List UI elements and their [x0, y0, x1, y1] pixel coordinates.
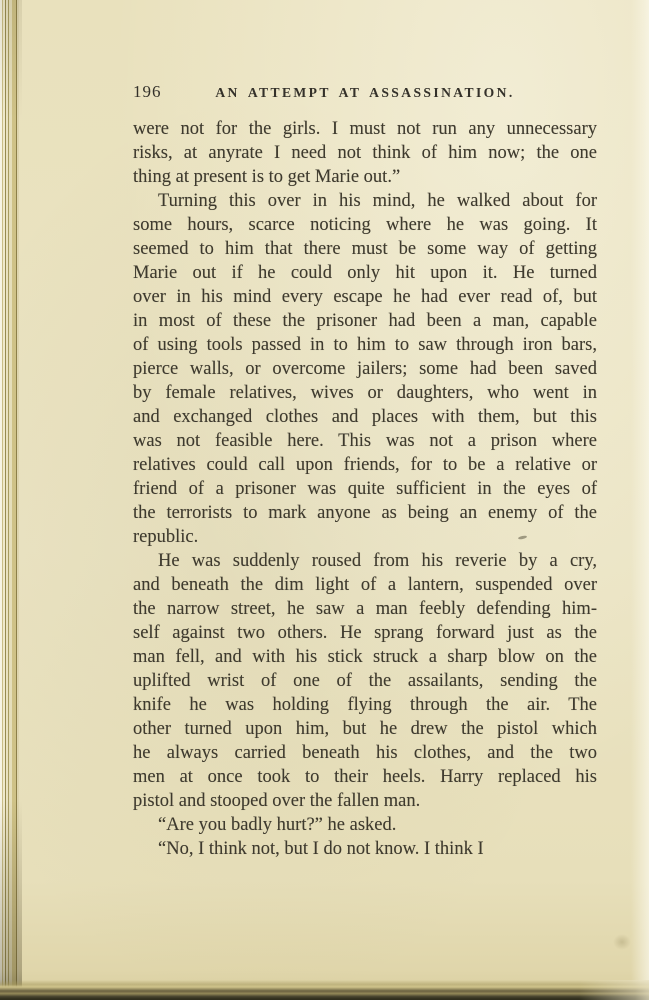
- text-line: “No, I think not, but I do not know. I t…: [133, 837, 597, 861]
- text-line: seemed to him that there must be some wa…: [133, 237, 597, 261]
- running-header: AN ATTEMPT AT ASSASSINATION.: [133, 85, 597, 101]
- text-line: other turned upon him, but he drew the p…: [133, 717, 597, 741]
- scanned-book-page: 196 AN ATTEMPT AT ASSASSINATION. were no…: [0, 0, 649, 1000]
- corner-smudge-stain: [613, 934, 631, 950]
- next-page-right-edge: [631, 0, 649, 1000]
- text-line: pistol and stooped over the fallen man.: [133, 789, 597, 813]
- text-line: and beneath the dim light of a lantern, …: [133, 573, 597, 597]
- text-line: men at once took to their heels. Harry r…: [133, 765, 597, 789]
- text-line: relatives could call upon friends, for t…: [133, 453, 597, 477]
- text-line: “Are you badly hurt?” he asked.: [133, 813, 597, 837]
- text-line: and exchanged clothes and places with th…: [133, 405, 597, 429]
- text-line: the narrow street, he saw a man feebly d…: [133, 597, 597, 621]
- text-line: republic.: [133, 525, 597, 549]
- text-line: of using tools passed in to him to saw t…: [133, 333, 597, 357]
- text-line: was not feasible here. This was not a pr…: [133, 429, 597, 453]
- text-line: some hours, scarce noticing where he was…: [133, 213, 597, 237]
- page-bottom-edge-shadow: [0, 980, 649, 1000]
- text-block: were not for the girls. I must not run a…: [133, 117, 597, 861]
- text-line: man fell, and with his stick struck a sh…: [133, 645, 597, 669]
- text-line: in most of these the prisoner had been a…: [133, 309, 597, 333]
- text-line: knife he was holding flying through the …: [133, 693, 597, 717]
- text-line: thing at present is to get Marie out.”: [133, 165, 597, 189]
- text-line: friend of a prisoner was quite sufficien…: [133, 477, 597, 501]
- text-line: Turning this over in his mind, he walked…: [133, 189, 597, 213]
- text-line: were not for the girls. I must not run a…: [133, 117, 597, 141]
- text-line: by female relatives, wives or daughters,…: [133, 381, 597, 405]
- text-line: Marie out if he could only hit upon it. …: [133, 261, 597, 285]
- text-line: self against two others. He sprang forwa…: [133, 621, 597, 645]
- text-line: pierce walls, or overcome jailers; some …: [133, 357, 597, 381]
- text-line: over in his mind every escape he had eve…: [133, 285, 597, 309]
- text-line: uplifted wrist of one of the assailants,…: [133, 669, 597, 693]
- text-line: risks, at anyrate I need not think of hi…: [133, 141, 597, 165]
- text-line: the terrorists to mark anyone as being a…: [133, 501, 597, 525]
- text-line: He was suddenly roused from his reverie …: [133, 549, 597, 573]
- book-binding-left-edge: [0, 0, 22, 1000]
- text-line: he always carried beneath his clothes, a…: [133, 741, 597, 765]
